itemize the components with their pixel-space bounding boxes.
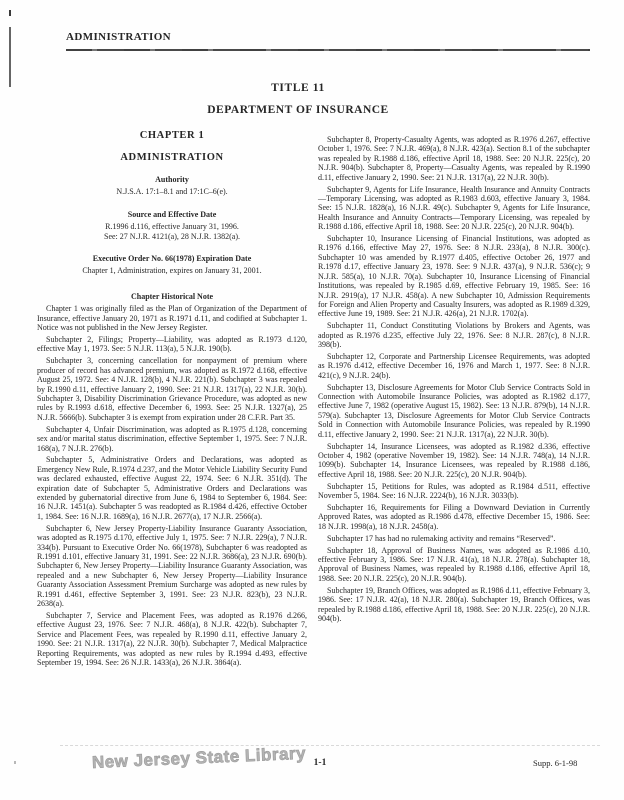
expiration-text: Chapter 1, Administration, expires on Ja… bbox=[37, 266, 307, 276]
source-section: Source and Effective Date R.1996 d.116, … bbox=[37, 210, 307, 241]
paragraph: Subchapter 2, Filings; Property—Liabilit… bbox=[37, 335, 307, 354]
paragraph: Subchapter 15, Petitions for Rules, was … bbox=[318, 482, 590, 501]
paragraph: Subchapter 4, Unfair Discrimination, was… bbox=[37, 425, 307, 453]
expiration-heading: Executive Order No. 66(1978) Expiration … bbox=[37, 254, 307, 263]
paragraph: Subchapter 19, Branch Offices, was adopt… bbox=[318, 586, 590, 624]
paragraph: Subchapter 11, Conduct Constituting Viol… bbox=[318, 321, 590, 349]
paragraph: Subchapter 7, Service and Placement Fees… bbox=[37, 611, 307, 667]
running-header: ADMINISTRATION bbox=[66, 31, 171, 43]
scan-artifact-mark bbox=[9, 27, 11, 87]
chapter-number: CHAPTER 1 bbox=[37, 131, 307, 140]
header-rule bbox=[66, 49, 590, 51]
paragraph: Subchapter 6, New Jersey Property-Liabil… bbox=[37, 524, 307, 609]
chapter-title: ADMINISTRATION bbox=[37, 153, 307, 162]
subtitle: DEPARTMENT OF INSURANCE bbox=[0, 104, 596, 116]
paragraph: Subchapter 18, Approval of Business Name… bbox=[318, 546, 590, 584]
paragraph: Subchapter 9, Agents for Life Insurance,… bbox=[318, 185, 590, 232]
supplement-date: Supp. 6-1-98 bbox=[533, 758, 577, 768]
paragraph: Subchapter 16, Requirements for Filing a… bbox=[318, 503, 590, 531]
authority-text: N.J.S.A. 17:1–8.1 and 17:1C–6(e). bbox=[37, 187, 307, 197]
paragraph: Subchapter 17 has had no rulemaking acti… bbox=[318, 534, 590, 543]
paragraph: Chapter 1 was originally filed as the Pl… bbox=[37, 304, 307, 332]
scan-noise-line bbox=[60, 745, 600, 746]
paragraph: Subchapter 8, Property-Casualty Agents, … bbox=[318, 135, 590, 182]
paragraph: Subchapter 13, Disclosure Agreements for… bbox=[318, 383, 590, 439]
source-line: R.1996 d.116, effective January 31, 1996… bbox=[37, 222, 307, 232]
paragraph: Subchapter 14, Insurance Licensees, was … bbox=[318, 442, 590, 480]
right-column: Subchapter 8, Property-Casualty Agents, … bbox=[318, 135, 590, 626]
paragraph: Subchapter 3, concerning cancellation fo… bbox=[37, 356, 307, 422]
expiration-section: Executive Order No. 66(1978) Expiration … bbox=[37, 254, 307, 276]
historical-note-section: Chapter Historical Note Chapter 1 was or… bbox=[37, 292, 307, 667]
right-column-paragraphs: Subchapter 8, Property-Casualty Agents, … bbox=[318, 135, 590, 623]
authority-heading: Authority bbox=[37, 175, 307, 184]
title: TITLE 11 bbox=[0, 82, 596, 94]
authority-section: Authority N.J.S.A. 17:1–8.1 and 17:1C–6(… bbox=[37, 175, 307, 197]
historical-note-heading: Chapter Historical Note bbox=[37, 292, 307, 301]
left-column: CHAPTER 1 ADMINISTRATION Authority N.J.S… bbox=[37, 131, 307, 670]
page-number: 1-1 bbox=[0, 758, 624, 768]
paragraph: Subchapter 12, Corporate and Partnership… bbox=[318, 352, 590, 380]
scan-artifact-mark bbox=[9, 10, 11, 16]
source-line: See: 27 N.J.R. 4121(a), 28 N.J.R. 1382(a… bbox=[37, 232, 307, 242]
paragraph: Subchapter 5, Administrative Orders and … bbox=[37, 455, 307, 521]
historical-note-paragraphs: Chapter 1 was originally filed as the Pl… bbox=[37, 304, 307, 667]
scanned-document-page: { "page": { "running_header": "ADMINISTR… bbox=[0, 0, 624, 800]
paragraph: Subchapter 10, Insurance Licensing of Fi… bbox=[318, 234, 590, 319]
source-heading: Source and Effective Date bbox=[37, 210, 307, 219]
